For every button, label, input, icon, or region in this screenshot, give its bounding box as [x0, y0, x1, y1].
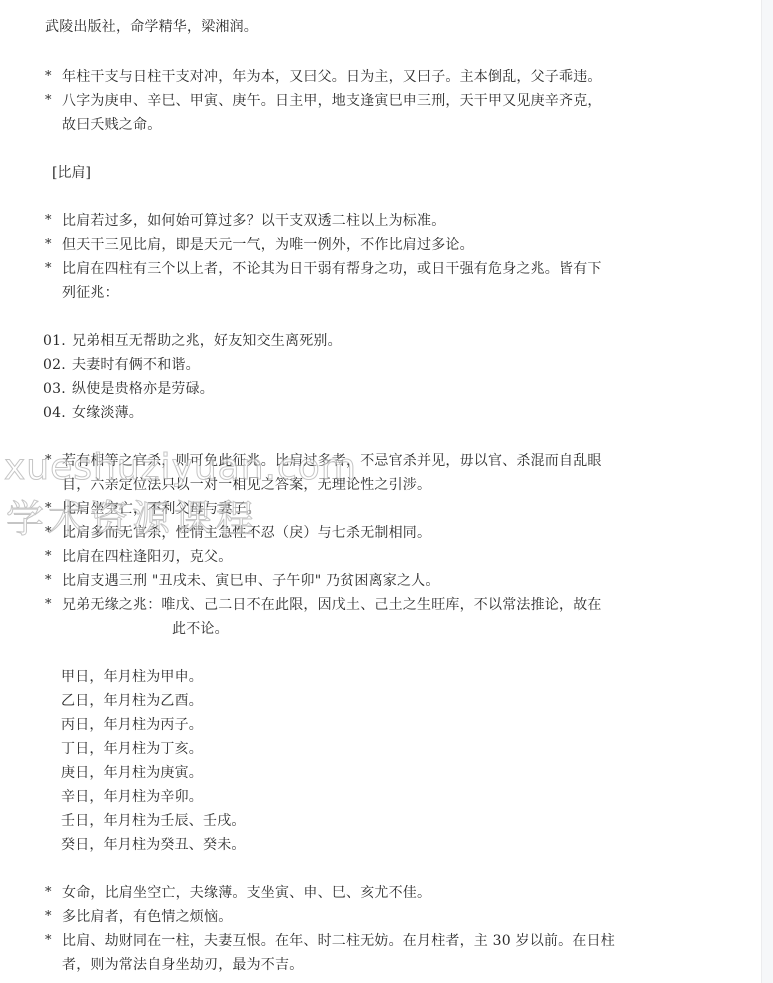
day-pillar-item: 丙日，年月柱为丙子。: [61, 715, 203, 735]
scrollbar-track[interactable]: [761, 0, 773, 983]
more-bullet-3-line-1: 比肩多而无官杀，性情主急性不忍（戾）与七杀无制相同。: [62, 523, 431, 543]
bullet-icon: *: [45, 67, 55, 87]
section-bullet-2-line-1: 但天干三见比肩，即是天元一气，为唯一例外，不作比肩过多论。: [62, 235, 474, 255]
bullet-icon: *: [45, 451, 55, 471]
intro-bullet-2-line-2: 故曰夭贱之命。: [62, 115, 161, 135]
day-pillar-item: 乙日，年月柱为乙酉。: [61, 691, 203, 711]
day-pillar-item: 庚日，年月柱为庚寅。: [61, 763, 203, 783]
bullet-icon: *: [45, 91, 55, 111]
day-pillar-item: 甲日，年月柱为甲申。: [61, 667, 203, 687]
bullet-icon: *: [45, 907, 55, 927]
more-bullet-1-line-2: 目，六亲定位法只以一对一相见之答案，无理论性之引涉。: [62, 475, 431, 495]
day-pillar-item: 癸日，年月柱为癸丑、癸未。: [61, 835, 246, 855]
bullet-icon: *: [45, 259, 55, 279]
day-pillar-item: 辛日，年月柱为辛卯。: [61, 787, 203, 807]
numbered-item-3-number: 03.: [43, 379, 66, 399]
day-pillar-item: 壬日，年月柱为壬辰、壬戌。: [61, 811, 246, 831]
bullet-icon: *: [45, 211, 55, 231]
numbered-item-2-text: 夫妻时有俩不和谐。: [72, 355, 200, 375]
numbered-item-4-number: 04.: [43, 403, 66, 423]
numbered-item-4-text: 女缘淡薄。: [72, 403, 143, 423]
bullet-icon: *: [45, 595, 55, 615]
more-bullet-6-line-2: 此不论。: [172, 619, 229, 639]
bullet-icon: *: [45, 931, 55, 951]
more-bullet-2-line-1: 比肩坐空亡，不利父母与妻子。: [62, 499, 261, 519]
bullet-icon: *: [45, 883, 55, 903]
bullet-icon: *: [45, 499, 55, 519]
bullet-icon: *: [45, 547, 55, 567]
numbered-item-3-text: 纵使是贵格亦是劳碌。: [72, 379, 214, 399]
final-bullet-1-line-1: 女命，比肩坐空亡，夫缘薄。支坐寅、申、巳、亥尤不佳。: [62, 883, 431, 903]
more-bullet-4-line-1: 比肩在四柱逢阳刃，克父。: [62, 547, 232, 567]
section-bullet-1-line-1: 比肩若过多，如何始可算过多？以干支双透二柱以上为标准。: [62, 211, 445, 231]
section-heading: [比肩]: [52, 163, 91, 183]
section-bullet-3-line-1: 比肩在四柱有三个以上者，不论其为日干弱有帮身之功，或日干强有危身之兆。皆有下: [62, 259, 602, 279]
final-bullet-2-line-1: 多比肩者，有色情之烦恼。: [62, 907, 232, 927]
bullet-icon: *: [45, 571, 55, 591]
section-bullet-3-line-2: 列征兆：: [62, 283, 119, 303]
numbered-item-1-number: 01.: [43, 331, 66, 351]
numbered-item-1-text: 兄弟相互无帮助之兆，好友知交生离死别。: [72, 331, 342, 351]
final-bullet-3-line-2: 者，则为常法自身坐劫刃，最为不吉。: [62, 955, 303, 975]
intro-bullet-2-line-1: 八字为庚申、辛巳、甲寅、庚午。日主甲，地支逢寅巳申三刑，天干甲又见庚辛齐克，: [62, 91, 602, 111]
document-page: 武陵出版社，命学精华，梁湘润。 * 年柱干支与日柱干支对冲，年为本，又曰父。日为…: [0, 0, 761, 983]
more-bullet-6-line-1: 兄弟无缘之兆：唯戊、己二日不在此限，因戊土、己土之生旺库，不以常法推论，故在: [62, 595, 602, 615]
numbered-item-2-number: 02.: [43, 355, 66, 375]
bullet-icon: *: [45, 235, 55, 255]
source-line: 武陵出版社，命学精华，梁湘润。: [45, 17, 258, 37]
final-bullet-3-line-1: 比肩、劫财同在一柱，夫妻互恨。在年、时二柱无妨。在月柱者，主 30 岁以前。在日…: [62, 931, 615, 951]
intro-bullet-1-line-1: 年柱干支与日柱干支对冲，年为本，又曰父。日为主，又曰子。主本倒乱，父子乖违。: [62, 67, 602, 87]
more-bullet-1-line-1: 若有相等之官杀，则可免此征兆。比肩过多者，不忌官杀并见，毋以官、杀混而自乱眼: [62, 451, 602, 471]
day-pillar-item: 丁日，年月柱为丁亥。: [61, 739, 203, 759]
bullet-icon: *: [45, 523, 55, 543]
more-bullet-5-line-1: 比肩支遇三刑 "丑戌未、寅巳申、子午卯" 乃贫困离家之人。: [62, 571, 440, 591]
